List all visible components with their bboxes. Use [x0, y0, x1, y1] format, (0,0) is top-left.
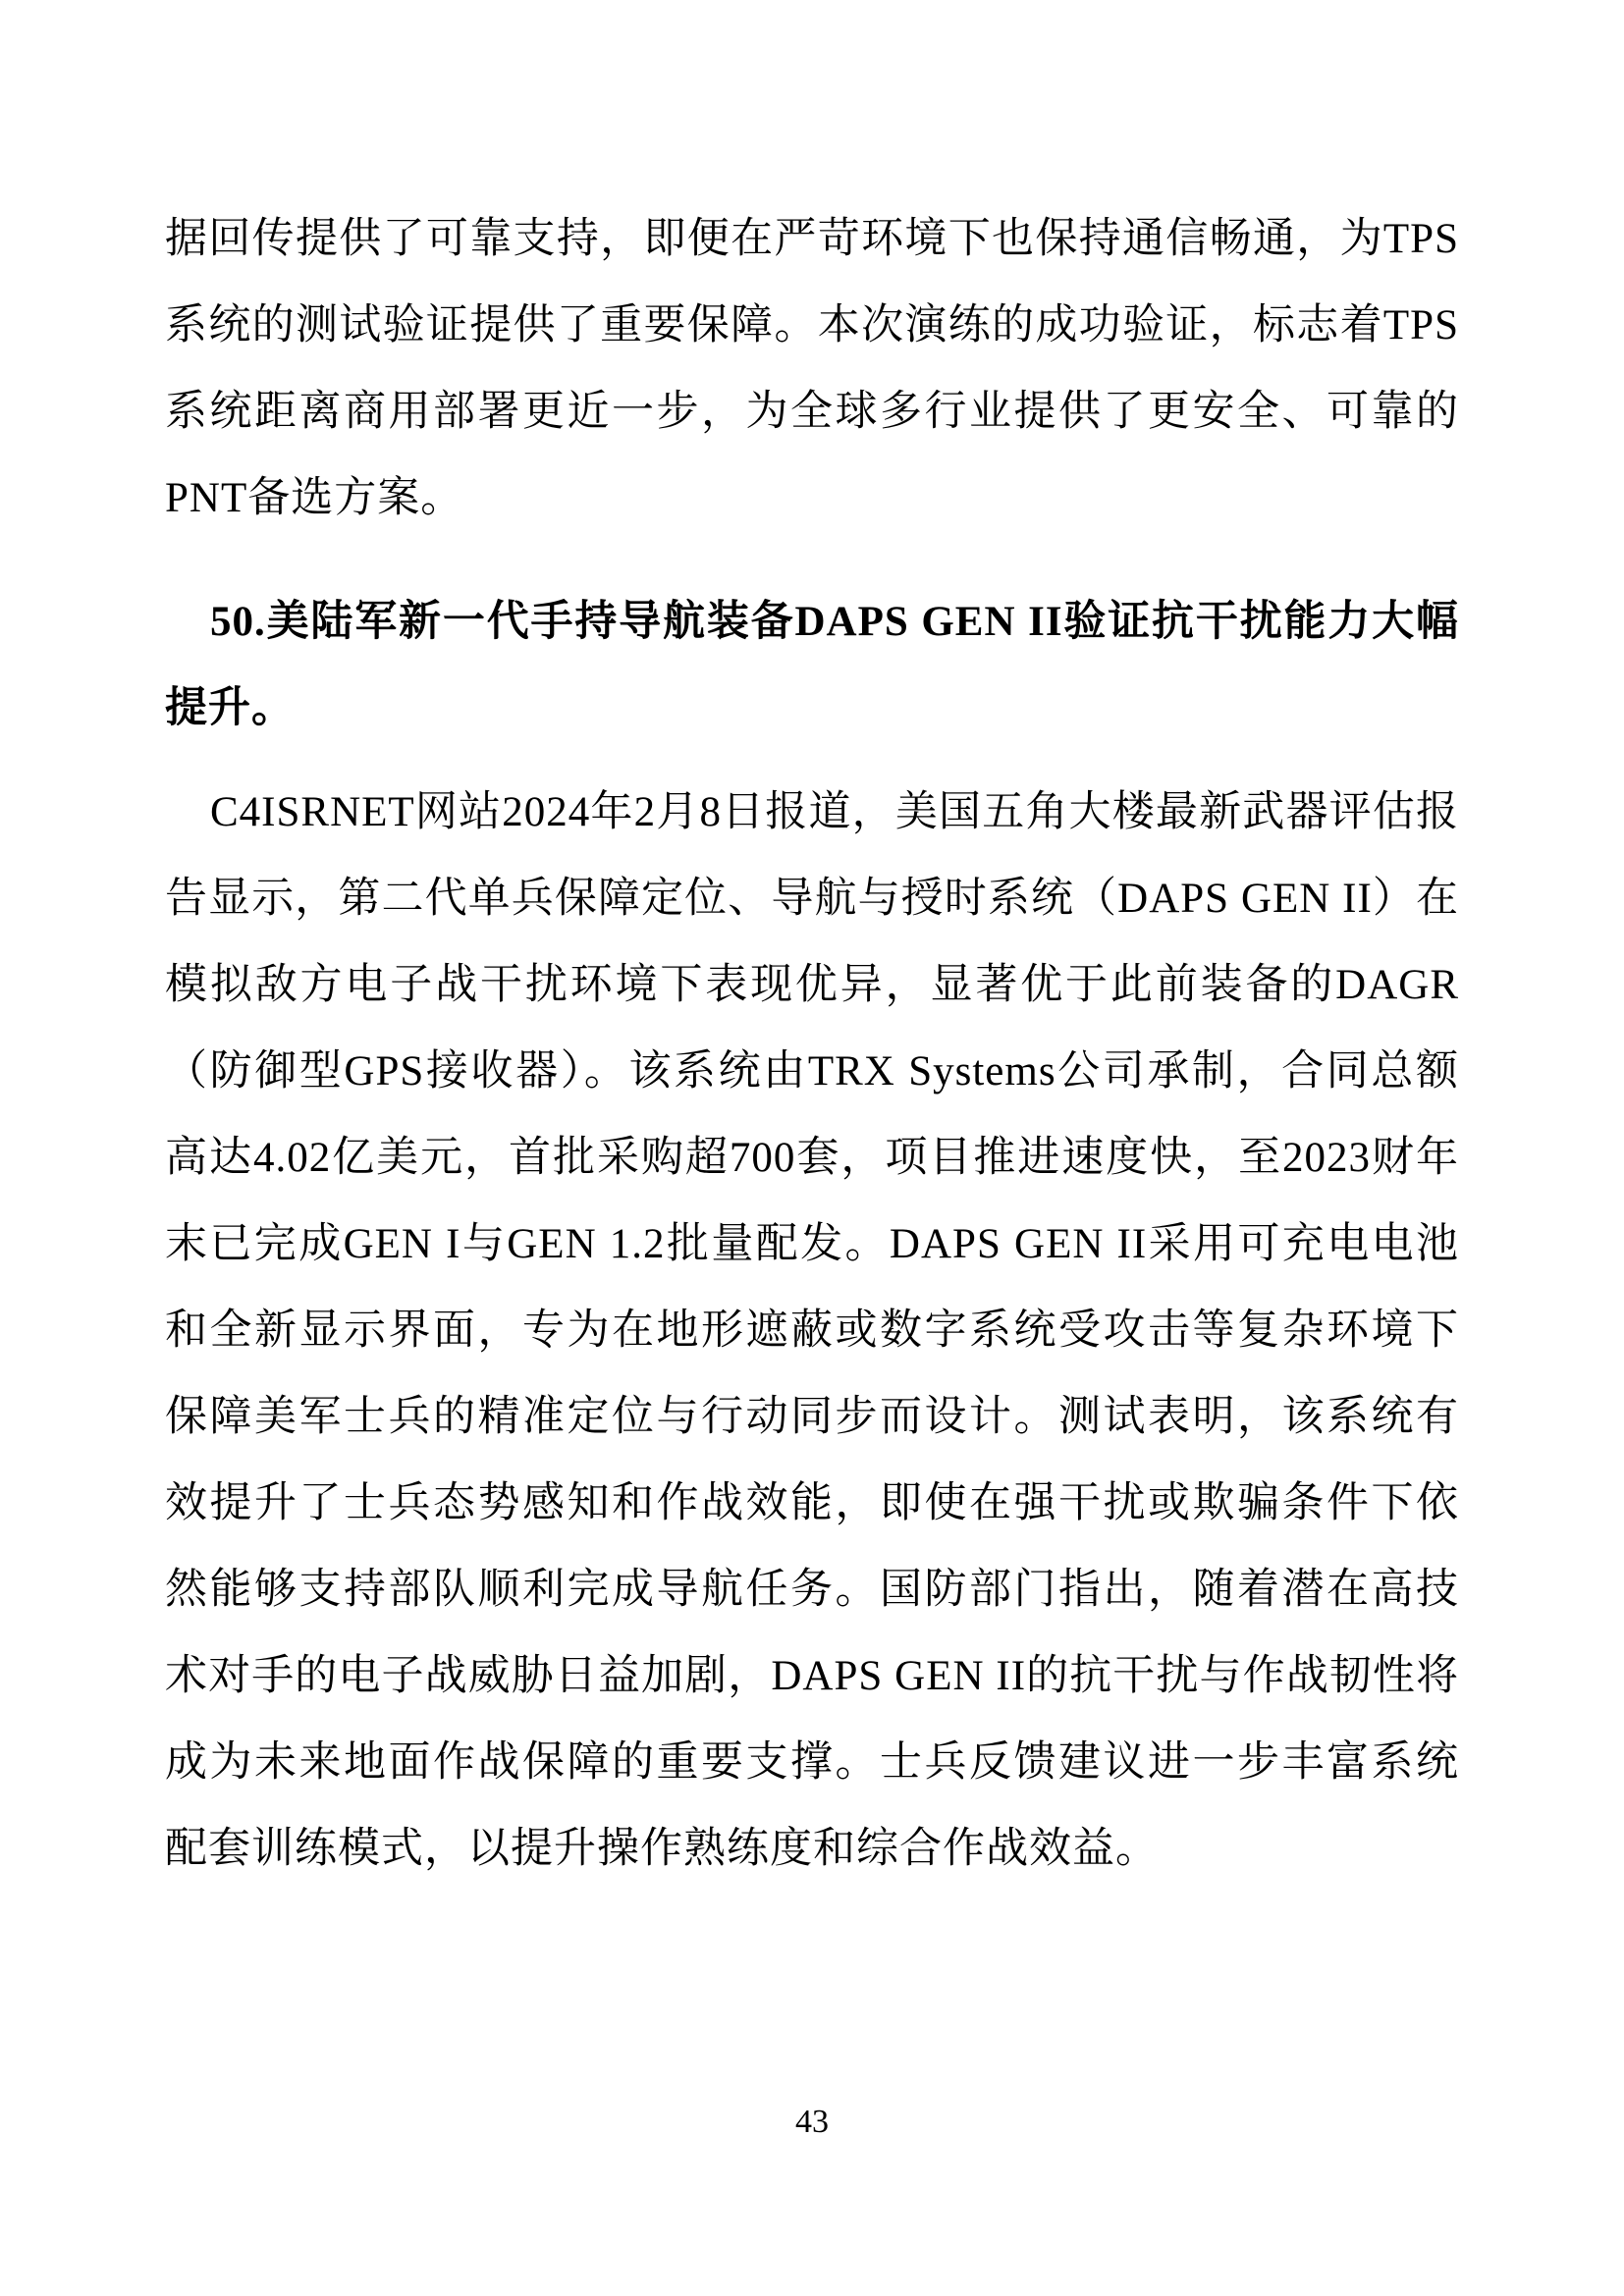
continuation-paragraph: 据回传提供了可靠支持，即便在严苛环境下也保持通信畅通，为TPS系统的测试验证提供…: [165, 196, 1459, 542]
page-number: 43: [0, 2101, 1624, 2144]
section-body-paragraph: C4ISRNET网站2024年2月8日报道，美国五角大楼最新武器评估报告显示，第…: [165, 770, 1459, 1893]
document-page: 据回传提供了可靠支持，即便在严苛环境下也保持通信畅通，为TPS系统的测试验证提供…: [0, 0, 1624, 2296]
page-content: 据回传提供了可靠支持，即便在严苛环境下也保持通信畅通，为TPS系统的测试验证提供…: [165, 196, 1459, 1893]
section-heading: 50.美陆军新一代手持导航装备DAPS GEN II验证抗干扰能力大幅提升。: [165, 579, 1459, 752]
